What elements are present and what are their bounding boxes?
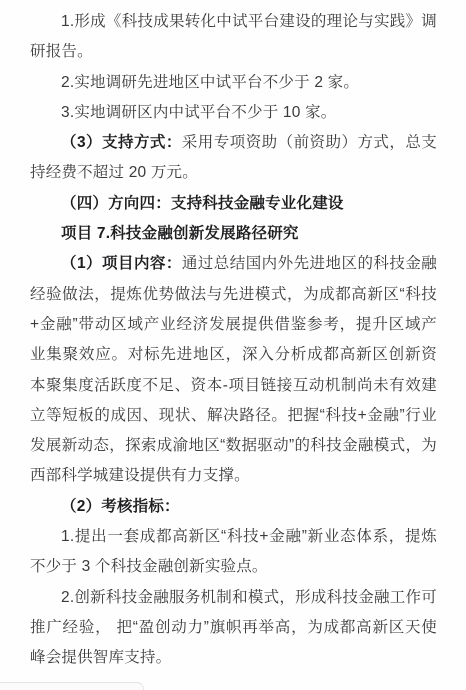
paragraph: （3）支持方式：采用专项资助（前资助）方式，总支持经费不超过 20 万元。 [30,128,437,189]
paragraph: 2.实地调研先进地区中试平台不少于 2 家。 [30,68,437,98]
bold-text-run: （2）考核指标： [61,498,180,515]
partial-card-top-edge [0,682,144,690]
text-run: 1.形成《科技成果转化中试平台建设的理论与实践》调研报告。 [30,13,437,60]
paragraph: 1.形成《科技成果转化中试平台建设的理论与实践》调研报告。 [30,7,437,68]
text-run: 3.实地调研区内中试平台不少于 10 家。 [61,104,336,121]
paragraph: （2）考核指标： [30,492,437,522]
paragraph: 2.创新科技金融服务机制和模式，形成科技金融工作可推广经验， 把“盈创动力”旗帜… [30,583,437,674]
text-run: 1.提出一套成都高新区“科技+金融”新业态体系，提炼不少于 3 个科技金融创新实… [30,528,437,575]
paragraph: 1.提出一套成都高新区“科技+金融”新业态体系，提炼不少于 3 个科技金融创新实… [30,522,437,583]
paragraph: 项目 7.科技金融创新发展路径研究 [30,219,437,249]
paragraph: （四）方向四：支持科技金融专业化建设 [30,189,437,219]
text-run: 2.实地调研先进地区中试平台不少于 2 家。 [61,74,359,91]
text-run: 2.创新科技金融服务机制和模式，形成科技金融工作可推广经验， 把“盈创动力”旗帜… [30,589,437,667]
bold-text-run: （1）项目内容： [61,255,182,272]
document-page: 1.形成《科技成果转化中试平台建设的理论与实践》调研报告。2.实地调研先进地区中… [0,0,466,690]
paragraph: （1）项目内容：通过总结国内外先进地区的科技金融经验做法，提炼优势做法与先进模式… [30,249,437,491]
bold-text-run: 项目 7.科技金融创新发展路径研究 [61,225,299,242]
bold-text-run: （3）支持方式： [61,134,182,151]
bold-text-run: （四）方向四：支持科技金融专业化建设 [61,195,344,212]
paragraph: 3.实地调研区内中试平台不少于 10 家。 [30,98,437,128]
document-body: 1.形成《科技成果转化中试平台建设的理论与实践》调研报告。2.实地调研先进地区中… [30,7,437,674]
text-run: 通过总结国内外先进地区的科技金融经验做法，提炼优势做法与先进模式，为成都高新区“… [30,255,437,484]
